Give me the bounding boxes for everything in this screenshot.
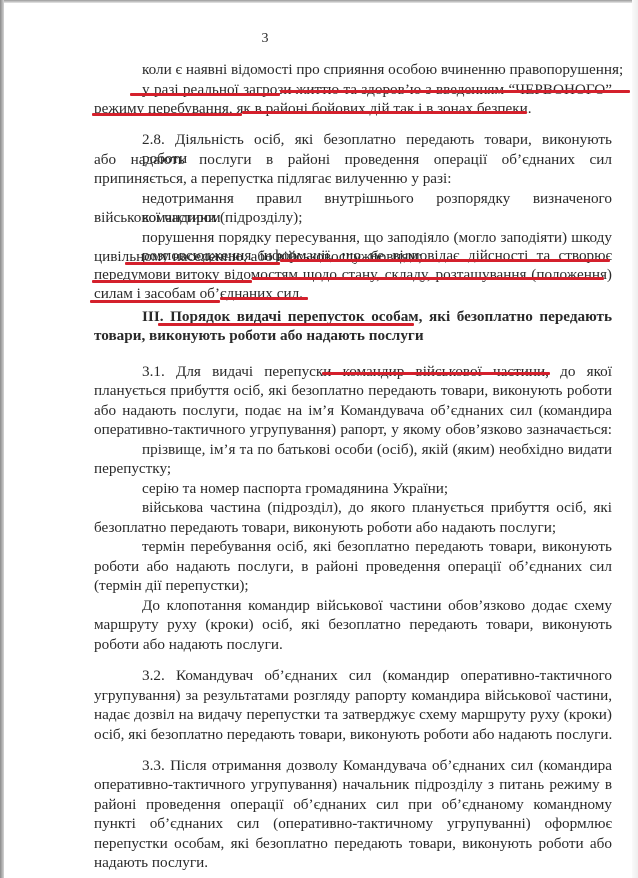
text-line: (термін дії перепустки);	[94, 576, 612, 595]
text-line: роботи або надають послуги.	[94, 635, 612, 654]
text-line: товари, виконують роботи або надають пос…	[94, 326, 612, 345]
scan-edge-top	[0, 0, 638, 3]
text-line: безоплатно передають товари, виконують р…	[94, 518, 612, 537]
text-line: перепустку;	[94, 459, 612, 478]
text-line: планується прибуття осіб, які безоплатно…	[94, 381, 612, 400]
text-line: районі проведення операції об’єднаних си…	[94, 795, 612, 814]
red-underline	[125, 262, 280, 265]
red-underline	[220, 297, 308, 300]
text-line: оперативно-тактичного угрупування) рапор…	[94, 420, 612, 439]
text-line: пункті об’єднаних сил (оперативно-тактич…	[94, 814, 612, 833]
red-underline	[130, 93, 280, 96]
text-line: маршруту руху (кроки) осіб, які безоплат…	[94, 615, 612, 634]
text-line: угрупування) за результатами розгляду ра…	[94, 686, 612, 705]
scan-edge-left	[0, 0, 4, 878]
text-line: надає дозвіл на видачу перепустки та зат…	[94, 705, 612, 724]
red-underline	[90, 300, 220, 303]
text-line: або надають послуги, подає на ім’я Коман…	[94, 401, 612, 420]
text-line: військової частини (підрозділу);	[94, 208, 612, 227]
red-underline	[280, 90, 630, 93]
text-line: порушення порядку пересування, що заподі…	[94, 228, 612, 247]
text-line: оперативно-тактичного угрупування) начал…	[94, 775, 612, 794]
text-line: перепустки особам, які безоплатно переда…	[94, 834, 612, 853]
red-underline	[92, 113, 242, 116]
text-line: надають послуги.	[94, 853, 612, 872]
text-line: військова частина (підрозділ), до якого …	[94, 498, 612, 517]
text-line: осіб, які безоплатно передають товари, в…	[94, 725, 612, 744]
text-line: серію та номер паспорта громадянина Укра…	[94, 479, 612, 498]
text-line: прізвище, ім’я та по батькові особи (осі…	[94, 440, 612, 459]
red-underline	[252, 277, 604, 280]
text-line: 3.2. Командувач об’єднаних сил (командир…	[94, 666, 612, 685]
page-number: 3	[255, 31, 275, 47]
red-underline	[280, 259, 610, 262]
red-underline	[242, 111, 527, 114]
text-line: термін перебування осіб, які безоплатно …	[94, 537, 612, 556]
red-underline	[322, 372, 550, 375]
red-underline	[92, 280, 252, 283]
text-line: 3.3. Після отримання дозволу Командувача…	[94, 756, 612, 775]
text-line: До клопотання командир військової частин…	[94, 596, 612, 615]
text-line: коли є наявні відомості про сприяння осо…	[94, 60, 612, 79]
red-underline	[158, 323, 414, 326]
text-line: або надають послуги в районі проведення …	[94, 150, 612, 169]
text-line: роботи або надають послуги, в районі про…	[94, 557, 612, 576]
text-line: припиняється, а перепустка підлягає вилу…	[94, 169, 612, 188]
scan-shadow-right	[632, 0, 638, 878]
